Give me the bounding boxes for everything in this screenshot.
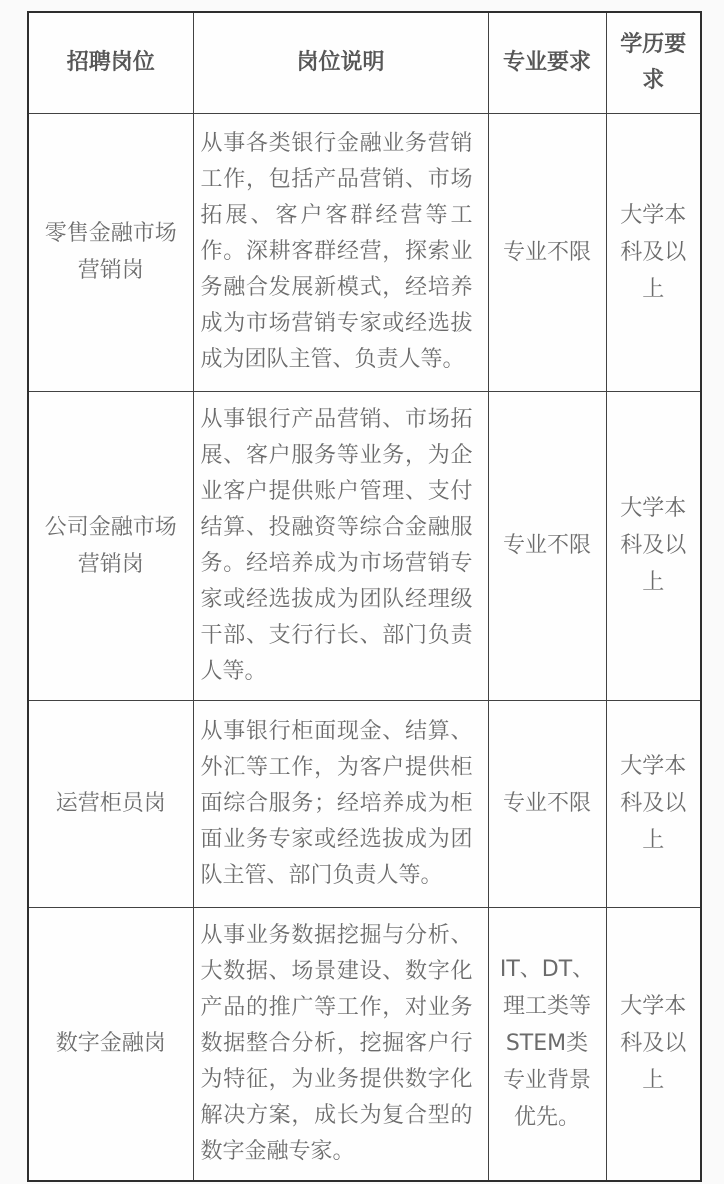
cell-description: 从事各类银行金融业务营销工作，包括产品营销、市场拓展、客户客群经营等工作。深耕客… <box>193 113 488 391</box>
header-major: 专业要求 <box>488 12 606 113</box>
header-position: 招聘岗位 <box>28 12 193 113</box>
cell-description: 从事银行柜面现金、结算、外汇等工作，为客户提供柜面综合服务；经培养成为柜面业务专… <box>193 700 488 907</box>
cell-major: 专业不限 <box>488 700 606 907</box>
table-header-row: 招聘岗位 岗位说明 专业要求 学历要求 <box>28 12 701 113</box>
cell-education: 大学本科及以上 <box>606 113 701 391</box>
cell-position: 公司金融市场营销岗 <box>28 391 193 700</box>
cell-description: 从事银行产品营销、市场拓展、客户服务等业务，为企业客户提供账户管理、支付结算、投… <box>193 391 488 700</box>
cell-education: 大学本科及以上 <box>606 391 701 700</box>
table-row: 公司金融市场营销岗 从事银行产品营销、市场拓展、客户服务等业务，为企业客户提供账… <box>28 391 701 700</box>
document-page: 招聘岗位 岗位说明 专业要求 学历要求 零售金融市场营销岗 从事各类银行金融业务… <box>0 0 724 1184</box>
cell-position: 运营柜员岗 <box>28 700 193 907</box>
cell-description: 从事业务数据挖掘与分析、大数据、场景建设、数字化产品的推广等工作，对业务数据整合… <box>193 907 488 1181</box>
table-row: 零售金融市场营销岗 从事各类银行金融业务营销工作，包括产品营销、市场拓展、客户客… <box>28 113 701 391</box>
recruitment-table: 招聘岗位 岗位说明 专业要求 学历要求 零售金融市场营销岗 从事各类银行金融业务… <box>27 11 702 1182</box>
cell-education: 大学本科及以上 <box>606 700 701 907</box>
header-description: 岗位说明 <box>193 12 488 113</box>
cell-major: 专业不限 <box>488 113 606 391</box>
cell-major: IT、DT、理工类等STEM类专业背景优先。 <box>488 907 606 1181</box>
cell-education: 大学本科及以上 <box>606 907 701 1181</box>
cell-position: 零售金融市场营销岗 <box>28 113 193 391</box>
cell-position: 数字金融岗 <box>28 907 193 1181</box>
table-row: 数字金融岗 从事业务数据挖掘与分析、大数据、场景建设、数字化产品的推广等工作，对… <box>28 907 701 1181</box>
cell-major: 专业不限 <box>488 391 606 700</box>
table-row: 运营柜员岗 从事银行柜面现金、结算、外汇等工作，为客户提供柜面综合服务；经培养成… <box>28 700 701 907</box>
header-education: 学历要求 <box>606 12 701 113</box>
